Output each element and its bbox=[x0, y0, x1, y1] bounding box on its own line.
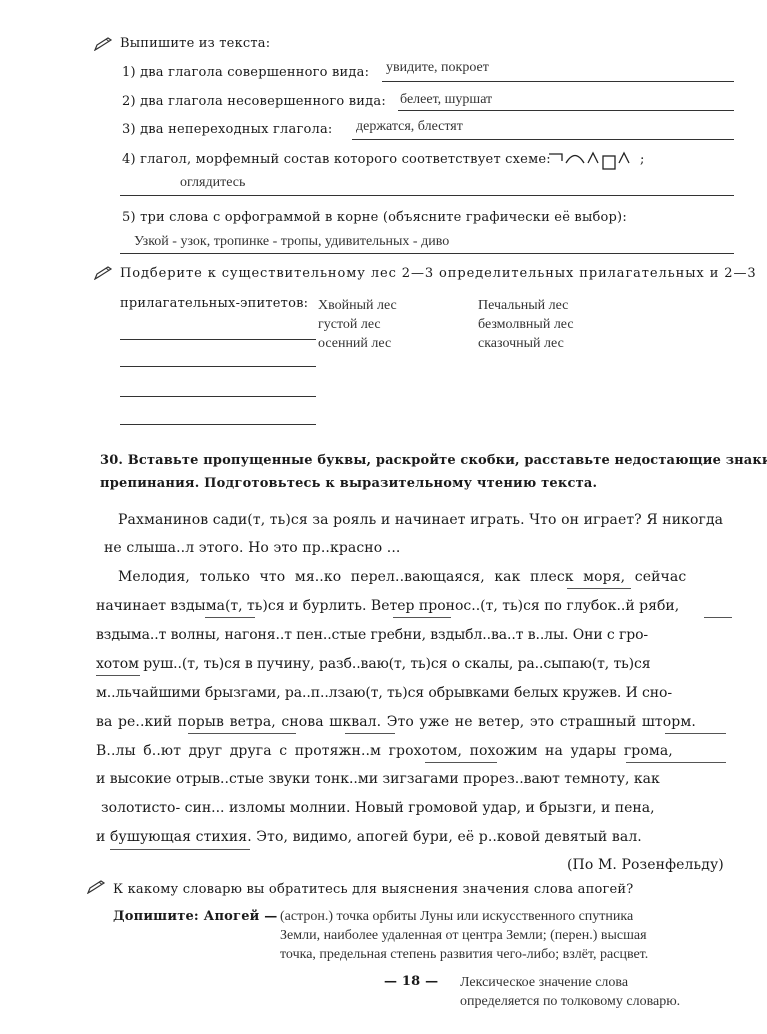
task1-item5-label: 5) три слова с орфограммой в корне (объя… bbox=[122, 210, 627, 225]
exercise-number: 30. bbox=[100, 453, 123, 468]
answer-line bbox=[120, 195, 734, 196]
adjective-item: осенний лес bbox=[318, 334, 397, 353]
pencil-icon bbox=[86, 880, 106, 894]
epithet-item: безмолвный лес bbox=[478, 315, 574, 334]
pencil-icon bbox=[93, 37, 113, 51]
answer-line-text: Лексическое значение слова bbox=[460, 973, 680, 992]
text-line: Рахманинов сади(т, ть)ся за рояль и начи… bbox=[118, 512, 723, 528]
answer-line bbox=[120, 253, 734, 254]
exercise-30-instruction-2: препинания. Подготовьтесь к выразительно… bbox=[100, 476, 597, 491]
epithet-item: Печальный лес bbox=[478, 296, 574, 315]
task1-item1-label: 1) два глагола совершенного вида: bbox=[122, 65, 369, 80]
underline-mark bbox=[567, 588, 631, 589]
underline-mark bbox=[425, 762, 497, 763]
task1-title: Выпишите из текста: bbox=[120, 36, 270, 51]
adjective-item: густой лес bbox=[318, 315, 397, 334]
epithet-item: сказочный лес bbox=[478, 334, 574, 353]
definition-line: точка, предельная степень развития чего-… bbox=[280, 945, 648, 964]
task3-question: К какому словарю вы обратитесь для выясн… bbox=[113, 882, 633, 897]
task2-col2[interactable]: Печальный лес безмолвный лес сказочный л… bbox=[478, 296, 574, 353]
text-line: не слыша..л этого. Но это пр..красно ... bbox=[104, 540, 400, 556]
underline-mark bbox=[345, 733, 395, 734]
text-line: Мелодия, только что мя..ко перел..вающая… bbox=[118, 569, 686, 585]
text-line: хотом руш..(т, ть)ся в пучину, разб..ваю… bbox=[96, 656, 650, 672]
source-attribution: (По М. Розенфельду) bbox=[567, 857, 724, 873]
page-number: — 18 — bbox=[384, 974, 438, 989]
answer-line bbox=[382, 81, 734, 82]
underline-mark bbox=[188, 733, 296, 734]
underline-mark bbox=[704, 617, 732, 618]
task1-item4-answer[interactable]: оглядитесь bbox=[180, 175, 245, 191]
underline-mark bbox=[110, 849, 250, 850]
underline-mark bbox=[665, 733, 726, 734]
task1-item4-suffix: ; bbox=[640, 152, 645, 167]
exercise-30-instruction: 30. Вставьте пропущенные буквы, раскройт… bbox=[100, 453, 767, 468]
underline-mark bbox=[205, 617, 255, 618]
text-line: начинает вздыма(т, ть)ся и бурлить. Вете… bbox=[96, 598, 679, 614]
task1-item3-label: 3) два непереходных глагола: bbox=[122, 122, 333, 137]
pencil-icon bbox=[93, 266, 113, 280]
text-line: золотисто- син... изломы молнии. Новый г… bbox=[101, 800, 655, 816]
task1-item1-answer[interactable]: увидите, покроет bbox=[386, 60, 489, 76]
text-line: и высокие отрыв..стые звуки тонк..ми зиг… bbox=[96, 771, 660, 787]
task2-title2: прилагательных-эпитетов: bbox=[120, 296, 308, 311]
definition-line: (астрон.) точка орбиты Луны или искусств… bbox=[280, 907, 648, 926]
underline-mark bbox=[393, 617, 451, 618]
adjective-item: Хвойный лес bbox=[318, 296, 397, 315]
task1-item2-label: 2) два глагола несовершенного вида: bbox=[122, 94, 386, 109]
task3-prompt: Допишите: Апогей — bbox=[113, 909, 277, 924]
text-line: м..льчайшими брызгами, ра..п..лзаю(т, ть… bbox=[96, 685, 672, 701]
text-line: и бушующая стихия. Это, видимо, апогей б… bbox=[96, 829, 642, 845]
text-line: вздыма..т волны, нагоня..т пен..стые гре… bbox=[96, 627, 648, 643]
task1-item5-answer[interactable]: Узкой - узок, тропинке - тропы, удивител… bbox=[134, 234, 449, 250]
underline-mark bbox=[96, 675, 140, 676]
text-line: ва ре..кий порыв ветра, снова шквал. Это… bbox=[96, 714, 696, 730]
task1-item2-answer[interactable]: белеет, шуршат bbox=[400, 92, 492, 108]
answer-line bbox=[398, 110, 734, 111]
morpheme-schema-icon bbox=[547, 149, 647, 173]
task1-item3-answer[interactable]: держатся, блестят bbox=[356, 119, 463, 135]
task3-answer[interactable]: Лексическое значение слова определяется … bbox=[460, 973, 680, 1011]
answer-line bbox=[120, 339, 316, 340]
answer-line bbox=[120, 366, 316, 367]
definition-line: Земли, наиболее удаленная от центра Земл… bbox=[280, 926, 648, 945]
task1-item4-label: 4) глагол, морфемный состав которого соо… bbox=[122, 152, 551, 167]
text-line: В..лы б..ют друг друга с протяжн..м грох… bbox=[96, 743, 673, 759]
task2-title: Подберите к существительному лес 2—3 опр… bbox=[120, 266, 757, 281]
answer-line bbox=[352, 139, 734, 140]
answer-line-text: определяется по толковому словарю. bbox=[460, 992, 680, 1011]
answer-line bbox=[120, 396, 316, 397]
task2-col1[interactable]: Хвойный лес густой лес осенний лес bbox=[318, 296, 397, 353]
task3-definition[interactable]: (астрон.) точка орбиты Луны или искусств… bbox=[280, 907, 648, 964]
underline-mark bbox=[626, 762, 726, 763]
answer-line bbox=[120, 424, 316, 425]
